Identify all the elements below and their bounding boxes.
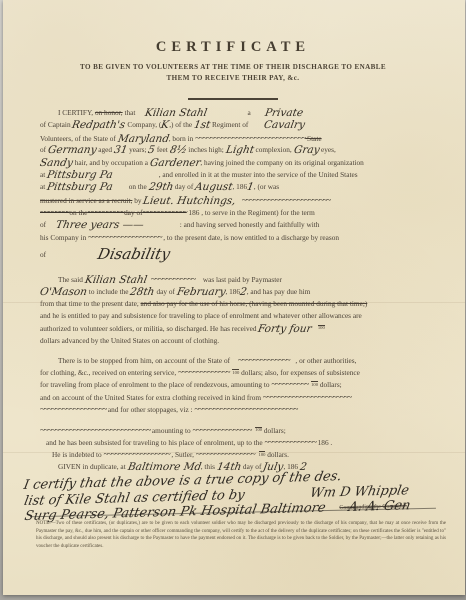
printed-text: ,) of the xyxy=(169,120,194,129)
form-line: I CERTIFY, on honor, thatKilian StahlaPr… xyxy=(40,107,446,119)
form-line: ~~~~~~~~~~~~~~~~~~ and for other stoppag… xyxy=(40,403,446,415)
form-line: his Company in ~~~~~~~~~~~~~~~~~~~~ , to… xyxy=(40,231,446,243)
form-line: and he has been subsisted for traveling … xyxy=(40,436,446,448)
form-line: O'Mason to include the 28th day of Febru… xyxy=(40,286,446,298)
printed-text: dollars; also, for expenses of subsisten… xyxy=(239,368,360,377)
printed-text: He is indebted to xyxy=(52,450,103,459)
ink-squiggle: ~~~~~~~~~~~~~~~~~~~~~~~~~~~~~~ xyxy=(40,425,150,435)
form-line: ofThree years ——: and having served hone… xyxy=(40,219,446,231)
printed-text: , (or was xyxy=(254,182,279,191)
handwritten-entry: Germany xyxy=(47,145,97,155)
handwritten-entry: Redpath's xyxy=(72,120,127,130)
printed-text: a xyxy=(247,108,250,117)
printed-text: There is to be stopped from him, on acco… xyxy=(58,356,230,365)
document-subtitle: TO BE GIVEN TO VOLUNTEERS AT THE TIME OF… xyxy=(0,62,466,83)
form-line: of Captain Redpath's Company, (K,) of th… xyxy=(40,119,446,131)
form-line: mustered in service as a recruit, by Lie… xyxy=(40,194,446,206)
handwritten-entry: Sandy xyxy=(39,158,74,168)
footer-note: NOTE.—Two of these certificates, (or dup… xyxy=(36,520,446,550)
printed-text: , and has pay due him xyxy=(247,287,311,296)
handwritten-entry: Forty four xyxy=(257,324,312,334)
handwritten-entry: 31 xyxy=(113,145,128,155)
printed-text: , Sutler, xyxy=(170,450,196,459)
form-line: ofDisability xyxy=(40,243,446,267)
printed-text: , and enrolled in it at the muster into … xyxy=(159,170,358,179)
printed-text: day of xyxy=(173,182,195,191)
form-line: of Germany aged 31 years; 5 feet 8½ inch… xyxy=(40,144,446,156)
form-line: ~~~~~~~~on the~~~~~~~~~~day of~~~~~~~~~~… xyxy=(40,206,446,218)
handwritten-entry: O'Mason xyxy=(39,287,88,297)
certificate-photo: { "page": { "paper_color": "#ece3c8", "p… xyxy=(0,0,466,600)
printed-text: and he has been subsisted for traveling … xyxy=(46,438,264,447)
form-line: and on account of the United States for … xyxy=(40,391,446,403)
form-line: He is indebted to ~~~~~~~~~~~~~~~~~~ , S… xyxy=(40,448,446,460)
form-line: at Pittsburg Pa, and enrolled in it at t… xyxy=(40,169,446,181)
handwritten-entry: Three years —— xyxy=(55,220,144,230)
struck-printed-text: and also pay for the use of his horse, (… xyxy=(141,299,368,308)
ink-squiggle: ~~~~~~~~~~~~~~~~~~~~~~~~ xyxy=(263,392,351,402)
handwritten-entry: August xyxy=(194,182,233,192)
handwritten-entry: 28th xyxy=(129,287,155,297)
printed-text: day of xyxy=(155,287,177,296)
handwritten-entry: Gray xyxy=(293,145,320,155)
struck-printed-text: mustered in service as a recruit, xyxy=(40,196,132,205)
printed-text: for traveling from place of enrolment to… xyxy=(40,380,271,389)
form-line: ~~~~~~~~~~~~~~~~~~~~~~~~~~~~~~ amounting… xyxy=(40,424,446,436)
ink-squiggle: ~~~~~~~~~~~~ xyxy=(151,274,195,284)
handwritten-entry: Gardener xyxy=(149,158,201,168)
printed-text: for clothing, &c., received on entering … xyxy=(40,368,178,377)
ink-squiggle: ~~~~~~~~~~~~~~~~~~~~~~~~~~~~~~ xyxy=(195,133,305,143)
struck-ink-squiggle: ~~~~~~~~~~~~ xyxy=(143,207,187,217)
cents-denominator: 100 xyxy=(318,325,325,331)
printed-text: I CERTIFY, xyxy=(58,108,95,117)
struck-printed-text: on the xyxy=(69,208,87,217)
printed-text: that xyxy=(123,108,136,117)
ink-squiggle: ~~~~~~~~~~~~~~~~~~ xyxy=(103,449,169,459)
handwritten-entry: February xyxy=(176,287,226,297)
printed-text: dollars; xyxy=(262,426,286,435)
printed-text: was last paid by Paymaster xyxy=(203,275,282,284)
certificate-form-body: I CERTIFY, on honor, thatKilian StahlaPr… xyxy=(40,107,446,473)
printed-text: Regiment of xyxy=(210,120,248,129)
printed-text: Volunteers, of the State of xyxy=(40,134,118,143)
form-line: The said Kilian Stahl~~~~~~~~~~~~was las… xyxy=(40,273,446,285)
printed-text: of xyxy=(40,250,46,259)
form-line: Sandy hair, and by occupation a Gardener… xyxy=(40,157,446,169)
ink-squiggle: ~~~~~~~~~~~~~~~~~~~~~~~~ xyxy=(242,195,330,205)
handwritten-text: Wm D Whipple xyxy=(309,485,410,500)
printed-text: of xyxy=(40,220,46,229)
handwritten-entry: Cavalry xyxy=(263,120,306,130)
handwritten-entry: 29th xyxy=(148,182,174,192)
printed-text: eyes, xyxy=(319,145,336,154)
printed-text: and he is entitled to pay and subsistenc… xyxy=(40,311,362,320)
printed-text: authorized to volunteer soldiers, or mil… xyxy=(40,324,258,333)
printed-text: complexion, xyxy=(254,145,294,154)
printed-text: from that time to the present date, xyxy=(40,299,141,308)
printed-text: his Company in xyxy=(40,233,88,242)
handwritten-entry: Kilian Stahl xyxy=(145,108,209,118)
spacer xyxy=(244,495,310,497)
printed-text: years; xyxy=(127,145,148,154)
printed-text: 186 , to serve in the Regiment) for the … xyxy=(187,208,315,217)
handwritten-entry: Lieut. Hutchings, xyxy=(142,196,236,206)
handwritten-entry: Light xyxy=(225,145,255,155)
struck-printed-text: day of xyxy=(124,208,142,217)
printed-text: on the xyxy=(129,182,149,191)
printed-text: aged xyxy=(96,145,113,154)
printed-text: 186 . xyxy=(316,438,332,447)
printed-text: to include the xyxy=(87,287,130,296)
ink-squiggle: ~~~~~~~~~~~~~~ xyxy=(178,367,229,377)
printed-text: feet xyxy=(155,145,170,154)
ink-squiggle: ~~~~~~~~~~~~~~ xyxy=(264,437,315,447)
printed-text: , to the present date, is now entitled t… xyxy=(161,233,339,242)
printed-text: hair, and by occupation a xyxy=(73,158,150,167)
handwritten-entry: 8½ xyxy=(169,145,188,155)
printed-text: of Captain xyxy=(40,120,72,129)
cents-denominator: 100 xyxy=(311,381,318,387)
printed-text: , 186 xyxy=(225,287,240,296)
handwritten-entry: 1st xyxy=(193,120,211,130)
ink-squiggle: ~~~~~~~~~~ xyxy=(271,379,308,389)
form-line: Volunteers, of the State of Maryland, bo… xyxy=(40,132,446,144)
printed-text: , or other authorities, xyxy=(295,356,356,365)
ink-squiggle: ~~~~~~~~~~~~~~~~~~ xyxy=(40,404,106,414)
struck-ink-squiggle: ~~~~~~~~ xyxy=(40,207,69,217)
printed-text: , born in xyxy=(169,134,195,143)
form-line: and he is entitled to pay and subsistenc… xyxy=(40,310,446,322)
form-line: from that time to the present date, and … xyxy=(40,298,446,310)
printed-text: Company, ( xyxy=(126,120,162,129)
subtitle-line-1: TO BE GIVEN TO VOLUNTEERS AT THE TIME OF… xyxy=(0,62,466,73)
ink-squiggle: ~~~~~~~~~~~~~~~~ xyxy=(192,425,251,435)
handwritten-text: Disability xyxy=(97,247,172,261)
ink-squiggle: ~~~~~~~~~~~~~~~~~~~~ xyxy=(88,232,161,242)
form-line xyxy=(40,416,446,424)
handwritten-entry: Kilian Stahl xyxy=(84,275,148,285)
handwritten-entry: Private xyxy=(264,108,304,118)
handwritten-entry: Maryland xyxy=(117,134,170,144)
form-line: There is to be stopped from him, on acco… xyxy=(40,354,446,366)
printed-text: , having joined the company on its origi… xyxy=(200,158,363,167)
header-divider-rule xyxy=(188,98,278,100)
document-title: CERTIFICATE xyxy=(0,39,466,56)
printed-text: dollars advanced by the United States on… xyxy=(40,336,219,345)
handwritten-entry: 2 xyxy=(239,287,247,297)
struck-printed-text: on honor, xyxy=(95,108,123,117)
ink-squiggle: ~~~~~~~~~~~~~~~~~~~~~~~~~~~~ xyxy=(194,404,297,414)
form-line: at Pittsburg Paon the 29th day of August… xyxy=(40,181,446,193)
ink-squiggle: ~~~~~~~~~~~~~~ xyxy=(238,355,289,365)
printed-text: amounting to xyxy=(150,426,192,435)
ink-squiggle: ~~~~~~~~~~~~~~~~ xyxy=(196,449,255,459)
subtitle-line-2: THEM TO RECEIVE THEIR PAY, &c. xyxy=(0,73,466,84)
form-line: dollars advanced by the United States on… xyxy=(40,335,446,347)
printed-text: , 186 xyxy=(233,182,248,191)
printed-text: dollars. xyxy=(265,450,289,459)
printed-text: GIVEN in duplicate, at xyxy=(58,462,128,471)
form-line: authorized to volunteer soldiers, or mil… xyxy=(40,323,446,335)
printed-text: and for other stoppages, viz : xyxy=(106,405,194,414)
struck-printed-text: State xyxy=(305,134,321,143)
printed-text: and on account of the United States for … xyxy=(40,393,263,402)
handwritten-entry: Pittsburg Pa xyxy=(46,170,113,180)
printed-text: The said xyxy=(58,275,85,284)
printed-text: dollars; xyxy=(318,380,342,389)
handwritten-entry: Pittsburg Pa xyxy=(46,182,113,192)
form-line: for traveling from place of enrolment to… xyxy=(40,378,446,390)
struck-ink-squiggle: ~~~~~~~~~~ xyxy=(87,207,124,217)
printed-text: : and having served honestly and faithfu… xyxy=(180,220,320,229)
form-line: for clothing, &c., received on entering … xyxy=(40,366,446,378)
printed-text: inches high; xyxy=(186,145,225,154)
